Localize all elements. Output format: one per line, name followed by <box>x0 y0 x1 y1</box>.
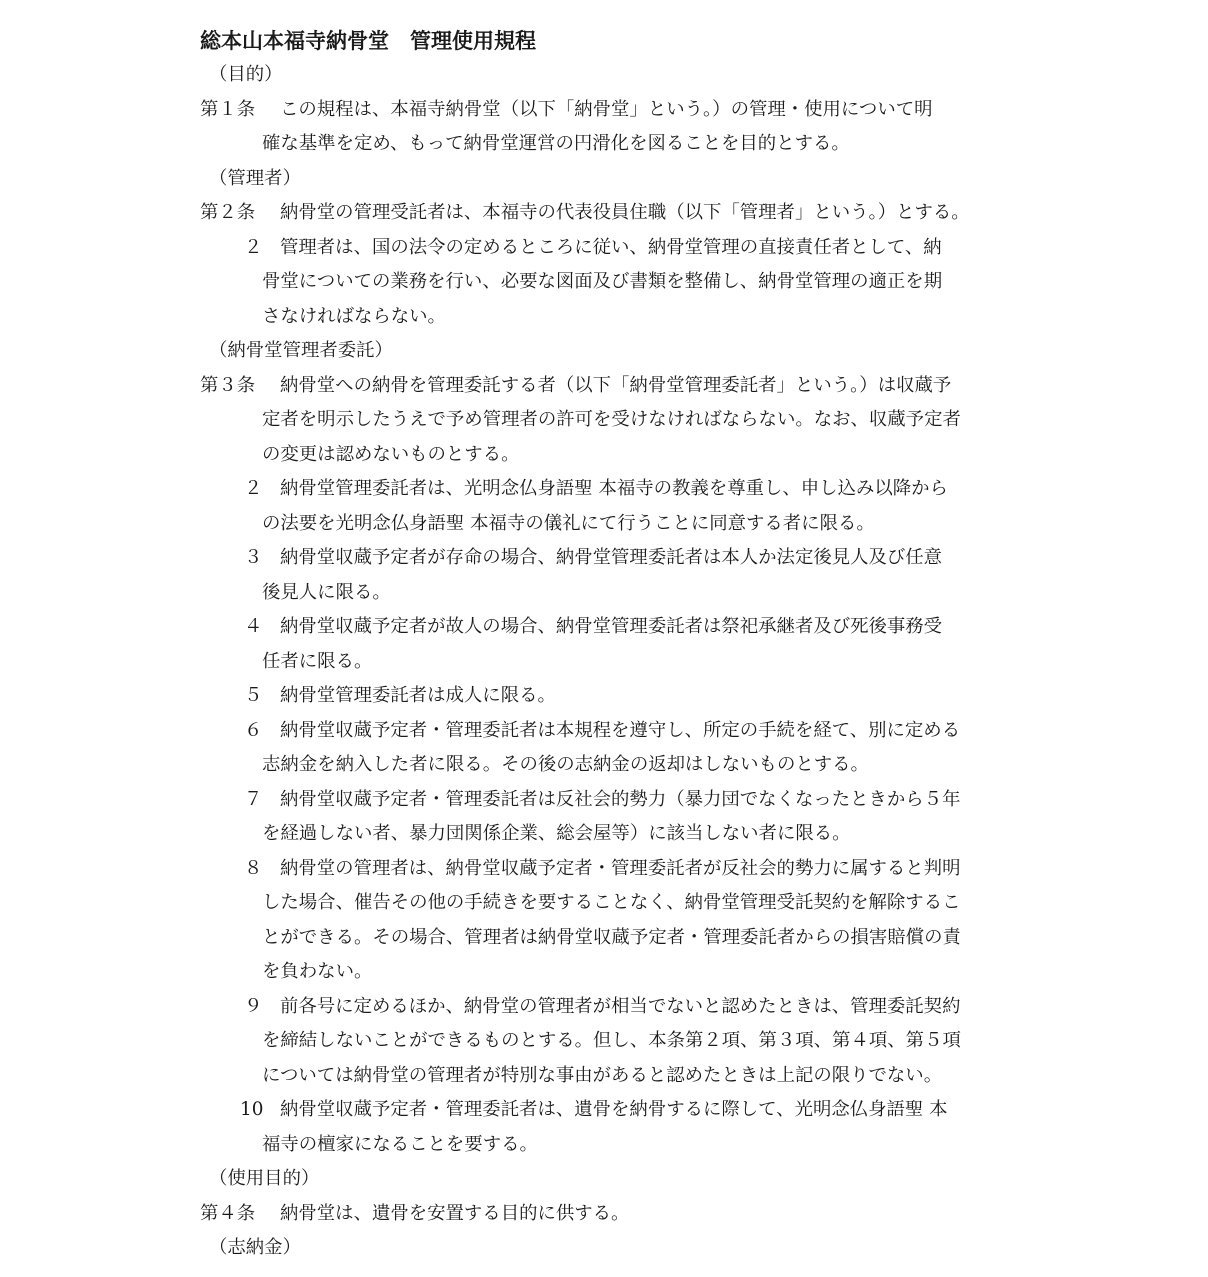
paragraph-line: ６納骨堂収蔵予定者・管理委託者は本規程を遵守し、所定の手続を経て、別に定める <box>200 714 1020 749</box>
section-heading-entrustment: （納骨堂管理者委託） <box>200 334 1020 369</box>
paragraph-text: 管理者は、国の法令の定めるところに従い、納骨堂管理の直接責任者として、納 <box>280 237 942 258</box>
article-number: 第２条 <box>200 196 280 231</box>
paragraph-continuation: を締結しないことができるものとする。但し、本条第２項、第３項、第４項、第５項 <box>200 1024 1020 1059</box>
paragraph-continuation: 骨堂についての業務を行い、必要な図面及び書類を整備し、納骨堂管理の適正を期 <box>200 265 1020 300</box>
article-text: 納骨堂の管理受託者は、本福寺の代表役員住職（以下「管理者」という。）とする。 <box>280 202 970 223</box>
paragraph-line: 10納骨堂収蔵予定者・管理委託者は、遺骨を納骨するに際して、光明念仏身語聖 本 <box>200 1093 1020 1128</box>
article-text: 納骨堂は、遺骨を安置する目的に供する。 <box>280 1203 629 1224</box>
paragraph-line: ５納骨堂管理委託者は成人に限る。 <box>200 679 1020 714</box>
paragraph-text: 納骨堂収蔵予定者が故人の場合、納骨堂管理委託者は祭祀承継者及び死後事務受 <box>280 616 942 637</box>
article-number: 第３条 <box>200 369 280 404</box>
paragraph-text: 納骨堂管理委託者は、光明念仏身語聖 本福寺の教義を尊重し、申し込み以降から <box>280 478 948 499</box>
article-3-continuation: の変更は認めないものとする。 <box>200 438 1020 473</box>
article-number: 第４条 <box>200 1197 280 1232</box>
article-1-continuation: 確な基準を定め、もって納骨堂運営の円滑化を図ることを目的とする。 <box>200 127 1020 162</box>
paragraph-continuation: した場合、催告その他の手続きを要することなく、納骨堂管理受託契約を解除するこ <box>200 886 1020 921</box>
paragraph-text: 納骨堂収蔵予定者・管理委託者は、遺骨を納骨するに際して、光明念仏身語聖 本 <box>280 1099 948 1120</box>
paragraph-number: ６ <box>244 714 280 749</box>
document-page: 総本山本福寺納骨堂 管理使用規程 （目的） 第１条この規程は、本福寺納骨堂（以下… <box>200 24 1020 1266</box>
paragraph-continuation: さなければならない。 <box>200 300 1020 335</box>
article-4-line: 第４条納骨堂は、遺骨を安置する目的に供する。 <box>200 1197 1020 1232</box>
paragraph-continuation: 任者に限る。 <box>200 645 1020 680</box>
paragraph-line: ３納骨堂収蔵予定者が存命の場合、納骨堂管理委託者は本人か法定後見人及び任意 <box>200 541 1020 576</box>
paragraph-continuation: とができる。その場合、管理者は納骨堂収蔵予定者・管理委託者からの損害賠償の責 <box>200 921 1020 956</box>
article-text: 納骨堂への納骨を管理委託する者（以下「納骨堂管理委託者」という。）は収蔵予 <box>280 375 951 396</box>
paragraph-text: 納骨堂収蔵予定者・管理委託者は本規程を遵守し、所定の手続を経て、別に定める <box>280 720 960 741</box>
paragraph-number: ４ <box>244 610 280 645</box>
paragraph-continuation: の法要を光明念仏身語聖 本福寺の儀礼にて行うことに同意する者に限る。 <box>200 507 1020 542</box>
paragraph-text: 納骨堂収蔵予定者・管理委託者は反社会的勢力（暴力団でなくなったときから５年 <box>280 789 960 810</box>
paragraph-number: ５ <box>244 679 280 714</box>
section-heading-donation: （志納金） <box>200 1231 1020 1266</box>
article-2-line: 第２条納骨堂の管理受託者は、本福寺の代表役員住職（以下「管理者」という。）とする… <box>200 196 1020 231</box>
paragraph-number: ２ <box>244 231 280 266</box>
document-title: 総本山本福寺納骨堂 管理使用規程 <box>200 24 1020 58</box>
paragraph-number: ７ <box>244 783 280 818</box>
paragraph-line: ２管理者は、国の法令の定めるところに従い、納骨堂管理の直接責任者として、納 <box>200 231 1020 266</box>
paragraph-continuation: については納骨堂の管理者が特別な事由があると認めたときは上記の限りでない。 <box>200 1059 1020 1094</box>
paragraph-number: ８ <box>244 852 280 887</box>
paragraph-line: ７納骨堂収蔵予定者・管理委託者は反社会的勢力（暴力団でなくなったときから５年 <box>200 783 1020 818</box>
paragraph-number: ２ <box>244 472 280 507</box>
section-heading-administrator: （管理者） <box>200 162 1020 197</box>
paragraph-line: ４納骨堂収蔵予定者が故人の場合、納骨堂管理委託者は祭祀承継者及び死後事務受 <box>200 610 1020 645</box>
article-number: 第１条 <box>200 93 280 128</box>
paragraph-continuation: を負わない。 <box>200 955 1020 990</box>
paragraph-text: 納骨堂の管理者は、納骨堂収蔵予定者・管理委託者が反社会的勢力に属すると判明 <box>280 858 960 879</box>
article-text: この規程は、本福寺納骨堂（以下「納骨堂」という。）の管理・使用について明 <box>280 99 933 120</box>
paragraph-line: ２納骨堂管理委託者は、光明念仏身語聖 本福寺の教義を尊重し、申し込み以降から <box>200 472 1020 507</box>
paragraph-continuation: 志納金を納入した者に限る。その後の志納金の返却はしないものとする。 <box>200 748 1020 783</box>
paragraph-text: 前各号に定めるほか、納骨堂の管理者が相当でないと認めたときは、管理委託契約 <box>280 996 960 1017</box>
article-3-line: 第３条納骨堂への納骨を管理委託する者（以下「納骨堂管理委託者」という。）は収蔵予 <box>200 369 1020 404</box>
paragraph-number: ９ <box>244 990 280 1025</box>
paragraph-continuation: 福寺の檀家になることを要する。 <box>200 1128 1020 1163</box>
paragraph-text: 納骨堂収蔵予定者が存命の場合、納骨堂管理委託者は本人か法定後見人及び任意 <box>280 547 942 568</box>
article-3-continuation: 定者を明示したうえで予め管理者の許可を受けなければならない。なお、収蔵予定者 <box>200 403 1020 438</box>
paragraph-line: ９前各号に定めるほか、納骨堂の管理者が相当でないと認めたときは、管理委託契約 <box>200 990 1020 1025</box>
paragraph-continuation: を経過しない者、暴力団関係企業、総会屋等）に該当しない者に限る。 <box>200 817 1020 852</box>
paragraph-text: 納骨堂管理委託者は成人に限る。 <box>280 685 556 706</box>
paragraph-line: ８納骨堂の管理者は、納骨堂収蔵予定者・管理委託者が反社会的勢力に属すると判明 <box>200 852 1020 887</box>
article-1-line: 第１条この規程は、本福寺納骨堂（以下「納骨堂」という。）の管理・使用について明 <box>200 93 1020 128</box>
paragraph-number: ３ <box>244 541 280 576</box>
paragraph-number: 10 <box>240 1093 280 1128</box>
section-heading-purpose: （目的） <box>200 58 1020 93</box>
section-heading-usage-purpose: （使用目的） <box>200 1162 1020 1197</box>
paragraph-continuation: 後見人に限る。 <box>200 576 1020 611</box>
